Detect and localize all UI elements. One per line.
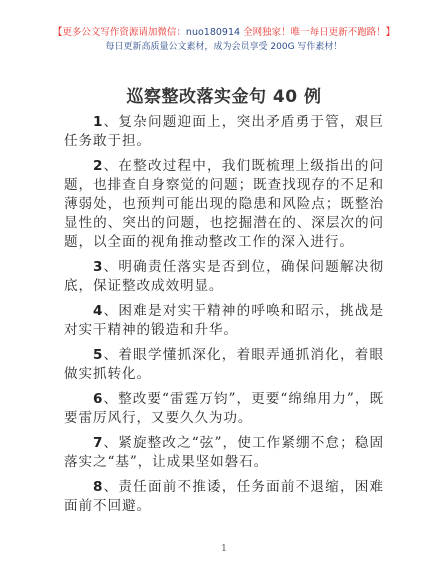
- paragraph-number: 5: [93, 347, 103, 363]
- paragraph-text: 、责任面前不推诿，任务面前不退缩，困难面前不回避。: [64, 479, 384, 514]
- paragraph-7: 7、紧旋整改之“弦”，使工作紧绷不怠；稳固落实之“基”，让成果坚如磐石。: [64, 434, 384, 472]
- document-page: 【更多公文写作资源请加微信：nuo180914 全网独家！唯一每日更新不跑路！】…: [0, 0, 448, 580]
- promo-banner-line2: 每日更新高质量公文素材，成为会员享受 200G 写作素材！: [0, 41, 448, 53]
- paragraph-text: 、困难是对实干精神的呼唤和昭示，挑战是对实干精神的锻造和升华。: [64, 303, 384, 338]
- paragraph-number: 7: [93, 435, 103, 451]
- paragraph-number: 8: [93, 479, 103, 495]
- paragraph-text: 、在整改过程中，我们既梳理上级指出的问题，也排查自身察觉的问题；既查找现存的不足…: [64, 158, 384, 250]
- paragraph-number: 1: [93, 114, 103, 130]
- paragraph-3: 3、明确责任落实是否到位，确保问题解决彻底，保证整改成效明显。: [64, 258, 384, 296]
- paragraph-number: 2: [93, 158, 103, 174]
- paragraph-text: 、着眼学懂抓深化，着眼弄通抓消化，着眼做实抓转化。: [64, 347, 384, 382]
- paragraph-text: 、复杂问题迎面上，突出矛盾勇于管，艰巨任务敢于担。: [64, 114, 384, 149]
- paragraph-5: 5、着眼学懂抓深化，着眼弄通抓消化，着眼做实抓转化。: [64, 346, 384, 384]
- paragraph-8: 8、责任面前不推诿，任务面前不退缩，困难面前不回避。: [64, 478, 384, 516]
- promo-suffix: 全网独家！唯一每日更新不跑路！】: [240, 27, 395, 38]
- document-body: 1、复杂问题迎面上，突出矛盾勇于管，艰巨任务敢于担。 2、在整改过程中，我们既梳…: [64, 113, 384, 522]
- paragraph-text: 、明确责任落实是否到位，确保问题解决彻底，保证整改成效明显。: [64, 259, 384, 294]
- paragraph-2: 2、在整改过程中，我们既梳理上级指出的问题，也排查自身察觉的问题；既查找现存的不…: [64, 157, 384, 252]
- page-number: 1: [0, 544, 448, 554]
- paragraph-text: 、整改要“雷霆万钧”，更要“绵绵用力”，既要雷厉风行，又要久久为功。: [64, 391, 384, 426]
- paragraph-text: 、紧旋整改之“弦”，使工作紧绷不怠；稳固落实之“基”，让成果坚如磐石。: [64, 435, 384, 470]
- promo-prefix: 【更多公文写作资源请加微信：: [53, 27, 186, 38]
- paragraph-4: 4、困难是对实干精神的呼唤和昭示，挑战是对实干精神的锻造和升华。: [64, 302, 384, 340]
- wechat-id: nuo180914: [186, 27, 240, 38]
- paragraph-1: 1、复杂问题迎面上，突出矛盾勇于管，艰巨任务敢于担。: [64, 113, 384, 151]
- promo-banner-line1: 【更多公文写作资源请加微信：nuo180914 全网独家！唯一每日更新不跑路！】: [0, 27, 448, 39]
- paragraph-number: 6: [93, 391, 103, 407]
- document-title: 巡察整改落实金句 40 例: [0, 86, 448, 108]
- paragraph-number: 3: [93, 259, 103, 275]
- paragraph-number: 4: [93, 303, 103, 319]
- paragraph-6: 6、整改要“雷霆万钧”，更要“绵绵用力”，既要雷厉风行，又要久久为功。: [64, 390, 384, 428]
